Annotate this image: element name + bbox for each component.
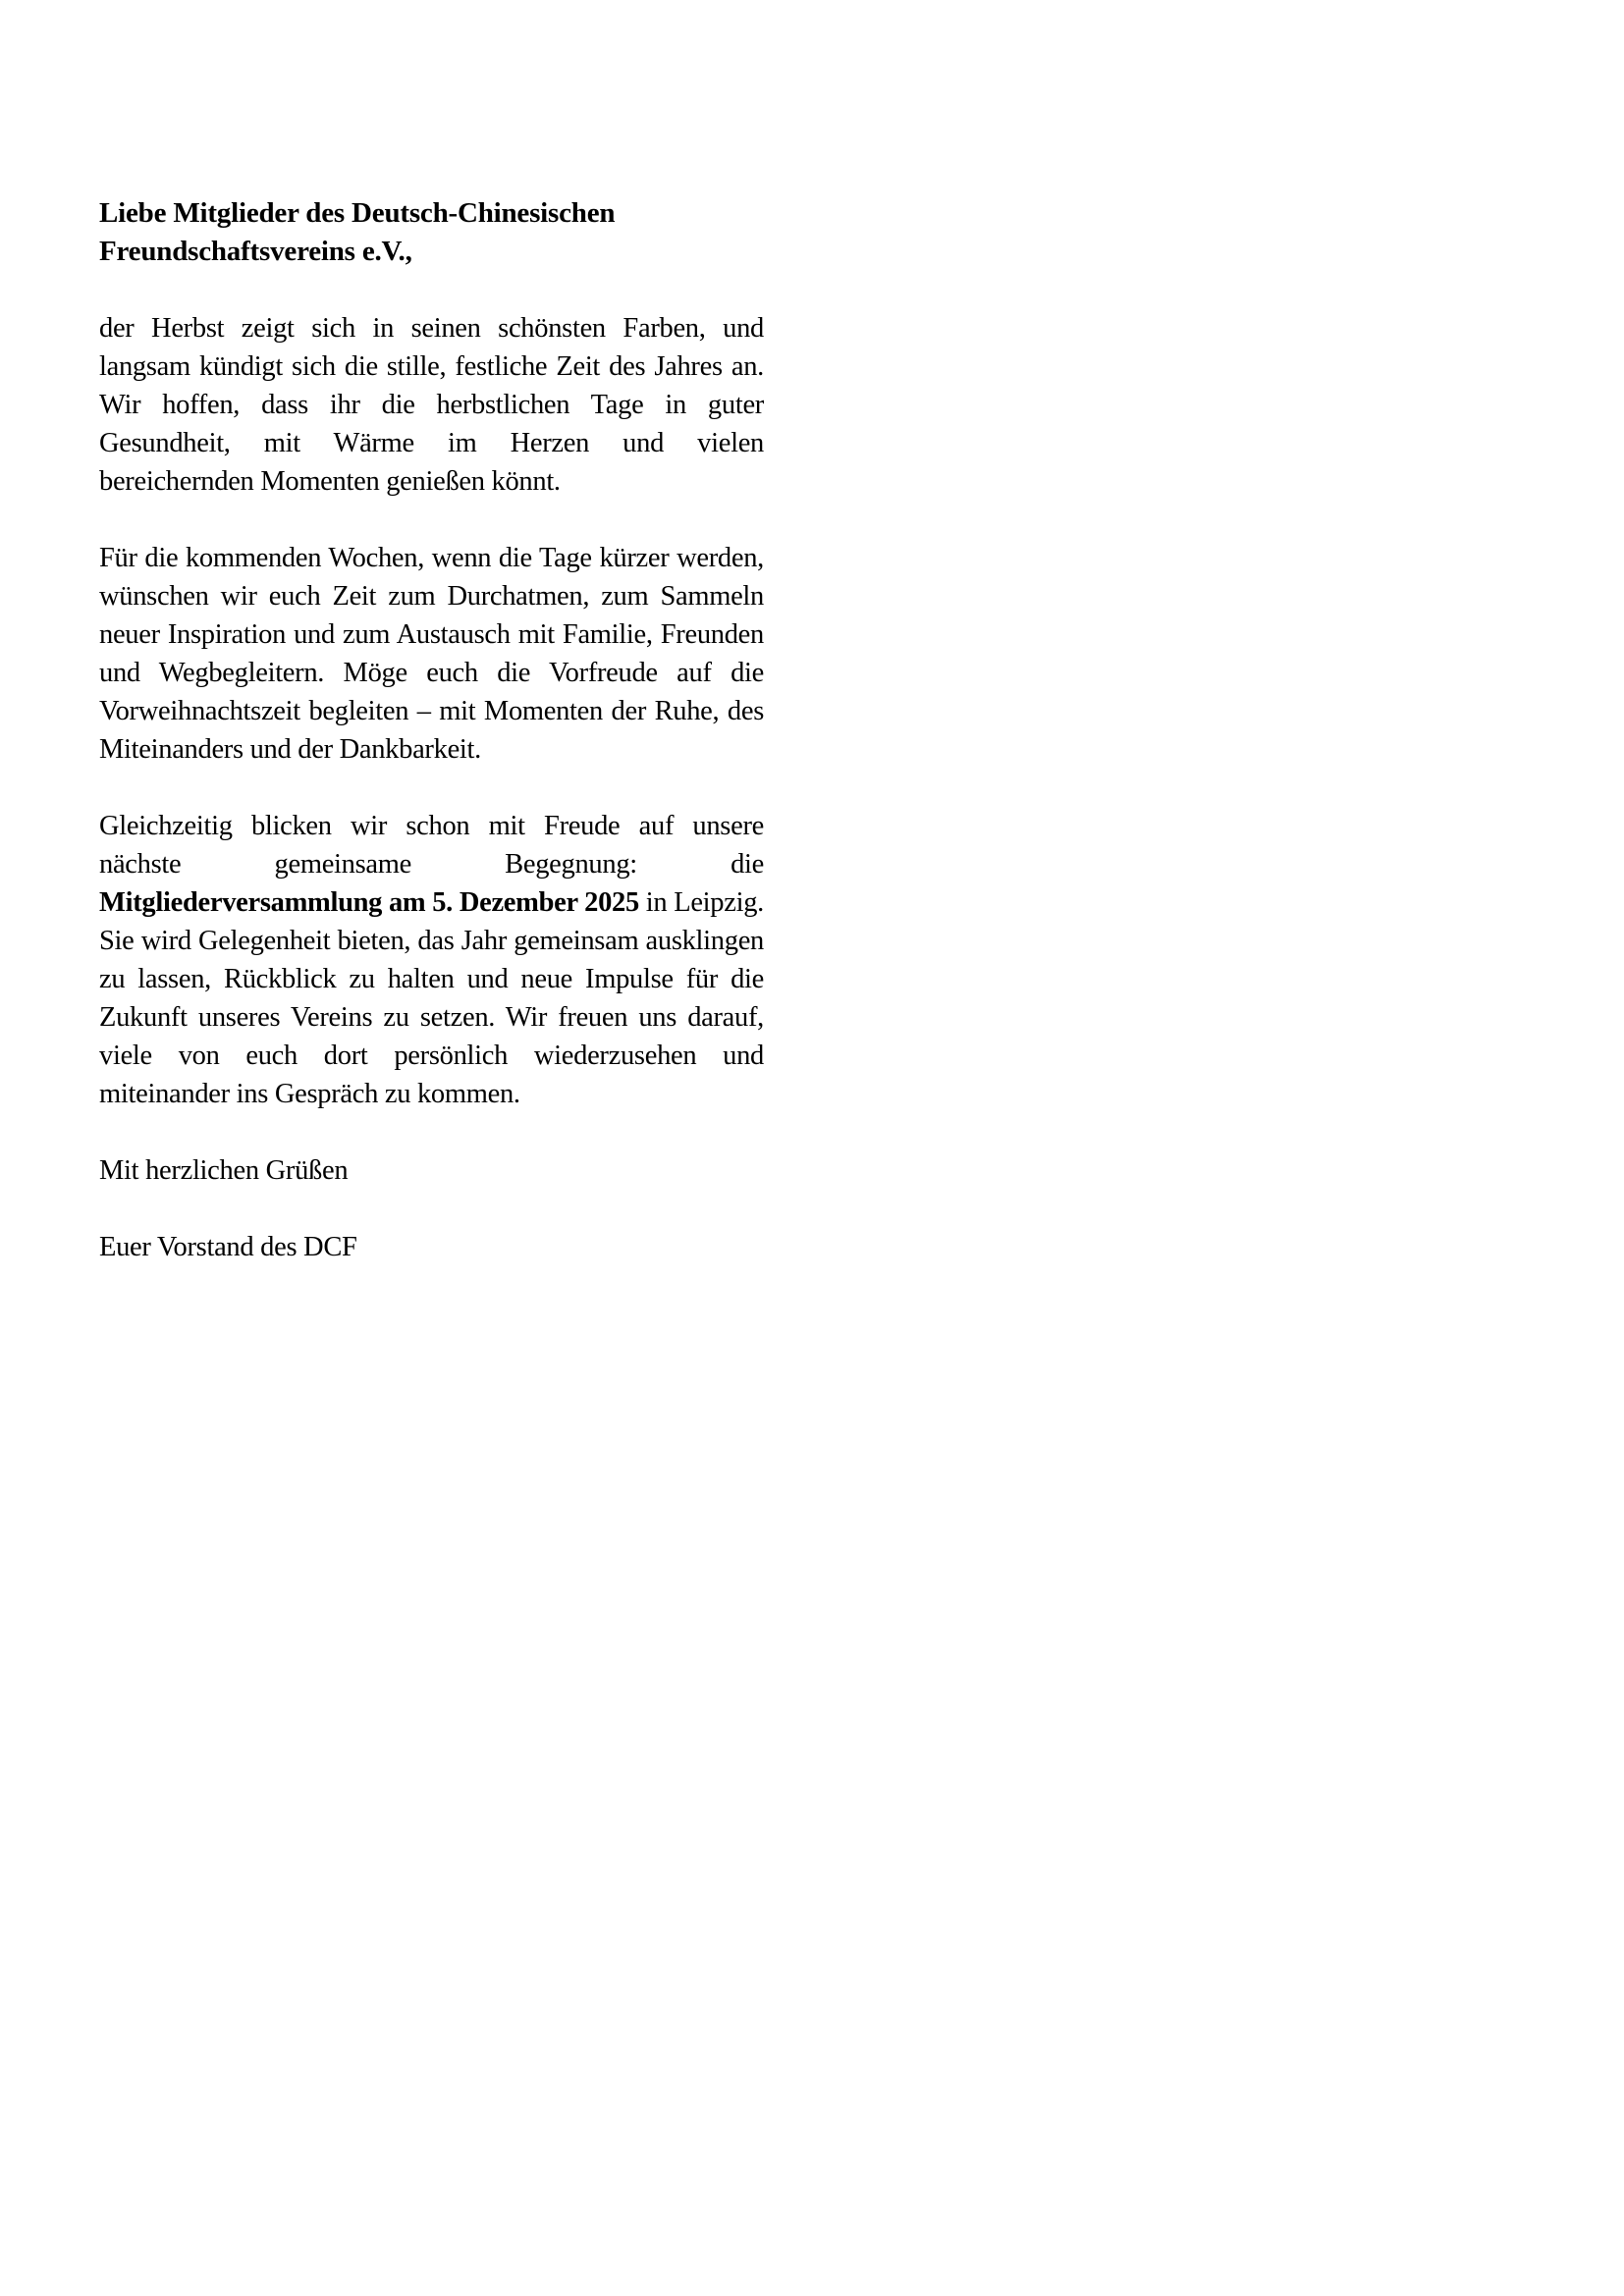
meeting-details-text: in Leipzig. Sie wird Gelegenheit bieten,… xyxy=(99,887,764,1109)
letter-paragraph-season-wishes: Für die kommenden Wochen, wenn die Tage … xyxy=(99,539,764,769)
meeting-intro-text: Gleichzeitig blicken wir schon mit Freud… xyxy=(99,811,764,880)
letter-page: Liebe Mitglieder des Deutsch-Chinesische… xyxy=(99,194,764,1266)
letter-paragraph-autumn-greeting: der Herbst zeigt sich in seinen schönste… xyxy=(99,309,764,501)
meeting-date-highlight: Mitgliederversammlung am 5. Dezember 202… xyxy=(99,887,639,918)
letter-paragraph-meeting-announcement: Gleichzeitig blicken wir schon mit Freud… xyxy=(99,807,764,1113)
letter-salutation: Liebe Mitglieder des Deutsch-Chinesische… xyxy=(99,194,764,271)
letter-signature: Euer Vorstand des DCF xyxy=(99,1228,764,1266)
letter-closing: Mit herzlichen Grüßen xyxy=(99,1151,764,1190)
